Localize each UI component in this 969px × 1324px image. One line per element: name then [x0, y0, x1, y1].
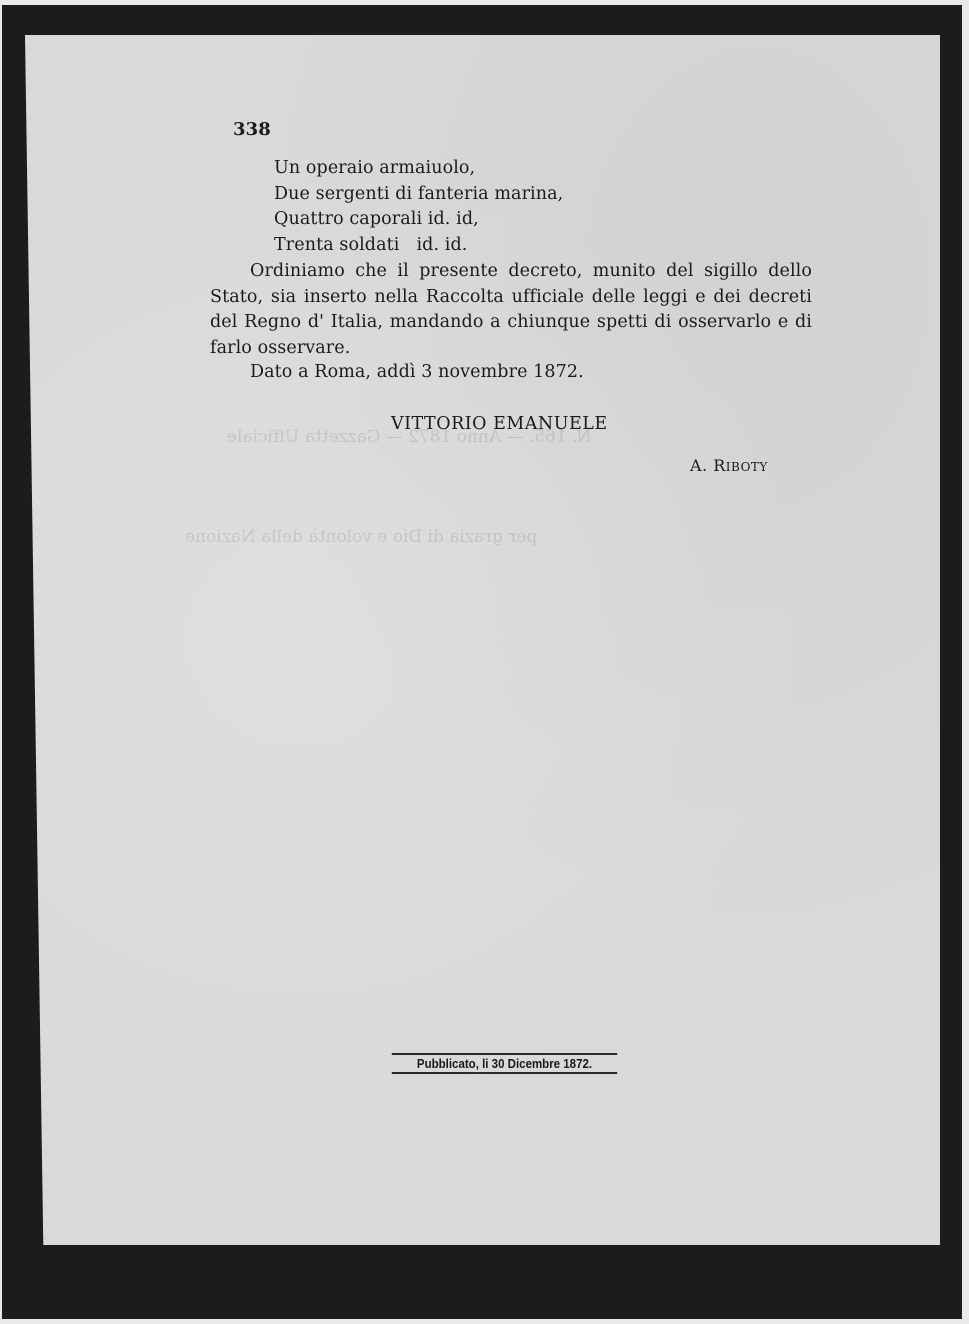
list-item: Due sergenti di fanteria marina,	[274, 182, 563, 208]
publication-note: Pubblicato, li 30 Dicembre 1872.	[392, 1053, 617, 1074]
page-number: 338	[233, 119, 271, 140]
list-item: Trenta soldati id. id.	[274, 233, 563, 259]
signature-minister: A. RIBOTY	[690, 456, 768, 475]
list-item: Quattro caporali id. id,	[274, 207, 563, 233]
paragraph-text: Ordiniamo che il presente decreto, munit…	[210, 259, 812, 361]
personnel-list: Un operaio armaiuolo, Due sergenti di fa…	[274, 156, 563, 258]
list-item: Un operaio armaiuolo,	[274, 156, 563, 182]
minister-surname: IBOTY	[726, 460, 768, 474]
minister-initial: A. R	[690, 456, 726, 475]
signature-king: VITTORIO EMANUELE	[391, 414, 608, 434]
date-line: Dato a Roma, addì 3 novembre 1872.	[250, 362, 584, 382]
bleed-through-texture: N. 165. — Anno 1872 — Gazzetta Ufficiale…	[185, 425, 591, 550]
decree-paragraph: Ordiniamo che il presente decreto, munit…	[210, 259, 812, 361]
